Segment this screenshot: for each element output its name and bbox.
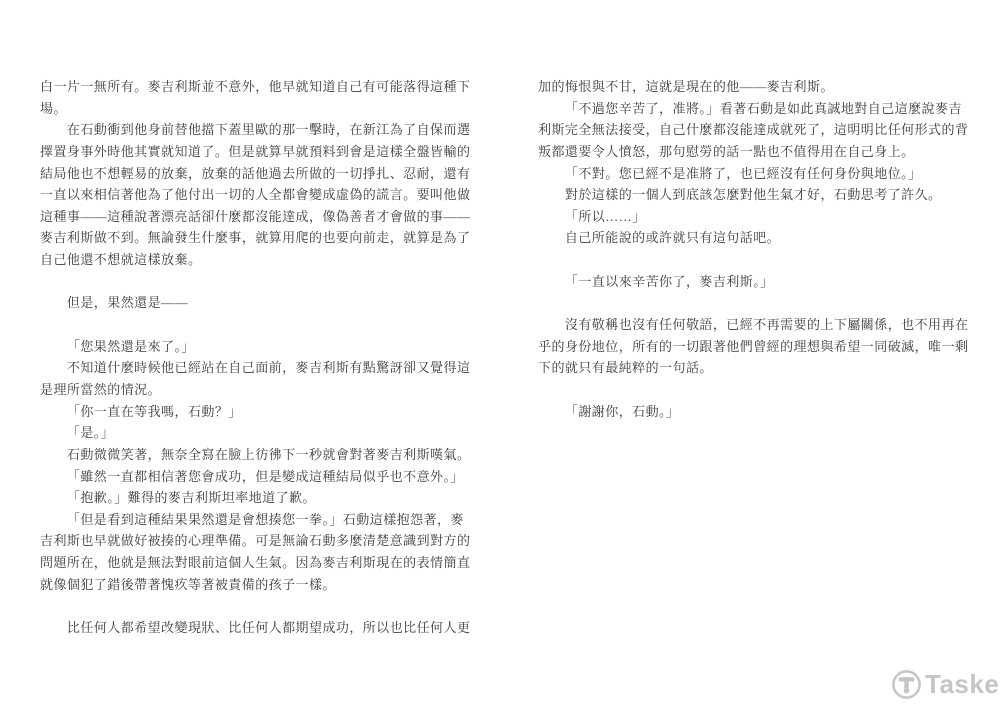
text-line: 這種事——這種說著漂亮話卻什麼都沒能達成，像偽善者才會做的事——	[40, 206, 476, 228]
book-page: 白一片一無所有。麥吉利斯並不意外，他早就知道自己有可能落得這種下場。在石動衝到他…	[0, 0, 1000, 709]
text-line: 不知道什麼時候他已經站在自己面前，麥吉利斯有點驚訝卻又覺得這	[40, 357, 476, 379]
text-line: 「謝謝你，石動。」	[538, 401, 966, 423]
text-line: 問題所在，他就是無法對眼前這個人生氣。因為麥吉利斯現在的表情簡直	[40, 552, 476, 574]
text-line: 擇置身事外時他其實就知道了。但是就算早就預料到會是這樣全盤皆輸的	[40, 141, 476, 163]
text-line: 「所以……」	[538, 206, 966, 228]
text-line: 「抱歉。」難得的麥吉利斯坦率地道了歉。	[40, 487, 476, 509]
text-line: 「雖然一直都相信著您會成功，但是變成這種結局似乎也不意外。」	[40, 466, 476, 488]
blank-line	[40, 271, 476, 293]
blank-line	[40, 595, 476, 617]
text-line: 對於這樣的一個人到底該怎麼對他生氣才好，石動思考了許久。	[538, 184, 966, 206]
text-line: 結局他也不想輕易的放棄，放棄的話他過去所做的一切掙扎、忍耐，還有	[40, 163, 476, 185]
text-line: 場。	[40, 98, 476, 120]
text-line: 下的就只有最純粹的一句話。	[538, 357, 966, 379]
text-line: 石動微微笑著，無奈全寫在臉上彷彿下一秒就會對著麥吉利斯嘆氣。	[40, 444, 476, 466]
tasker-logo-icon	[890, 668, 923, 701]
blank-line	[538, 379, 966, 401]
blank-line	[40, 314, 476, 336]
text-line: 自己他還不想就這樣放棄。	[40, 249, 476, 271]
text-line: 乎的身份地位，所有的一切跟著他們曾經的理想與希望一同破滅，唯一剩	[538, 336, 966, 358]
blank-line	[538, 249, 966, 271]
text-line: 一直以來相信著他為了他付出一切的人全都會變成虛偽的謊言。要叫他做	[40, 184, 476, 206]
text-line: 「但是看到這種結果果然還是會想揍您一拳。」石動這樣抱怨著，麥	[40, 509, 476, 531]
text-line: 「不過您辛苦了，准將。」看著石動是如此真誠地對自己這麼說麥吉	[538, 98, 966, 120]
text-line: 沒有敬稱也沒有任何敬語，已經不再需要的上下屬關係，也不用再在	[538, 314, 966, 336]
text-line: 自己所能說的或許就只有這句話吧。	[538, 227, 966, 249]
text-line: 「一直以來辛苦你了，麥吉利斯。」	[538, 271, 966, 293]
text-line: 「您果然還是來了。」	[40, 336, 476, 358]
text-line: 但是，果然還是——	[40, 292, 476, 314]
text-line: 「不對。您已經不是准將了，也已經沒有任何身份與地位。」	[538, 163, 966, 185]
tasker-brand-text: Tasker	[925, 668, 1000, 701]
text-line: 加的悔恨與不甘，這就是現在的他——麥吉利斯。	[538, 76, 966, 98]
right-page-text: 加的悔恨與不甘，這就是現在的他——麥吉利斯。「不過您辛苦了，准將。」看著石動是如…	[538, 76, 966, 422]
text-line: 就像個犯了錯後帶著愧疚等著被責備的孩子一樣。	[40, 574, 476, 596]
text-line: 「是。」	[40, 422, 476, 444]
blank-line	[538, 292, 966, 314]
text-line: 「你一直在等我嗎，石動？」	[40, 401, 476, 423]
text-line: 白一片一無所有。麥吉利斯並不意外，他早就知道自己有可能落得這種下	[40, 76, 476, 98]
text-line: 是理所當然的情況。	[40, 379, 476, 401]
text-line: 麥吉利斯做不到。無論發生什麼事，就算用爬的也要向前走，就算是為了	[40, 227, 476, 249]
text-line: 吉利斯也早就做好被揍的心理準備。可是無論石動多麼清楚意識到對方的	[40, 530, 476, 552]
text-line: 比任何人都希望改變現狀、比任何人都期望成功，所以也比任何人更	[40, 617, 476, 639]
tasker-watermark: Tasker	[890, 668, 1000, 701]
text-line: 在石動衝到他身前替他擋下蓋里歐的那一擊時，在新江為了自保而選	[40, 119, 476, 141]
text-line: 叛都還要令人憤怒，那句慰勞的話一點也不值得用在自己身上。	[538, 141, 966, 163]
left-page-text: 白一片一無所有。麥吉利斯並不意外，他早就知道自己有可能落得這種下場。在石動衝到他…	[40, 76, 476, 639]
text-line: 利斯完全無法接受，自己什麼都沒能達成就死了，這明明比任何形式的背	[538, 119, 966, 141]
